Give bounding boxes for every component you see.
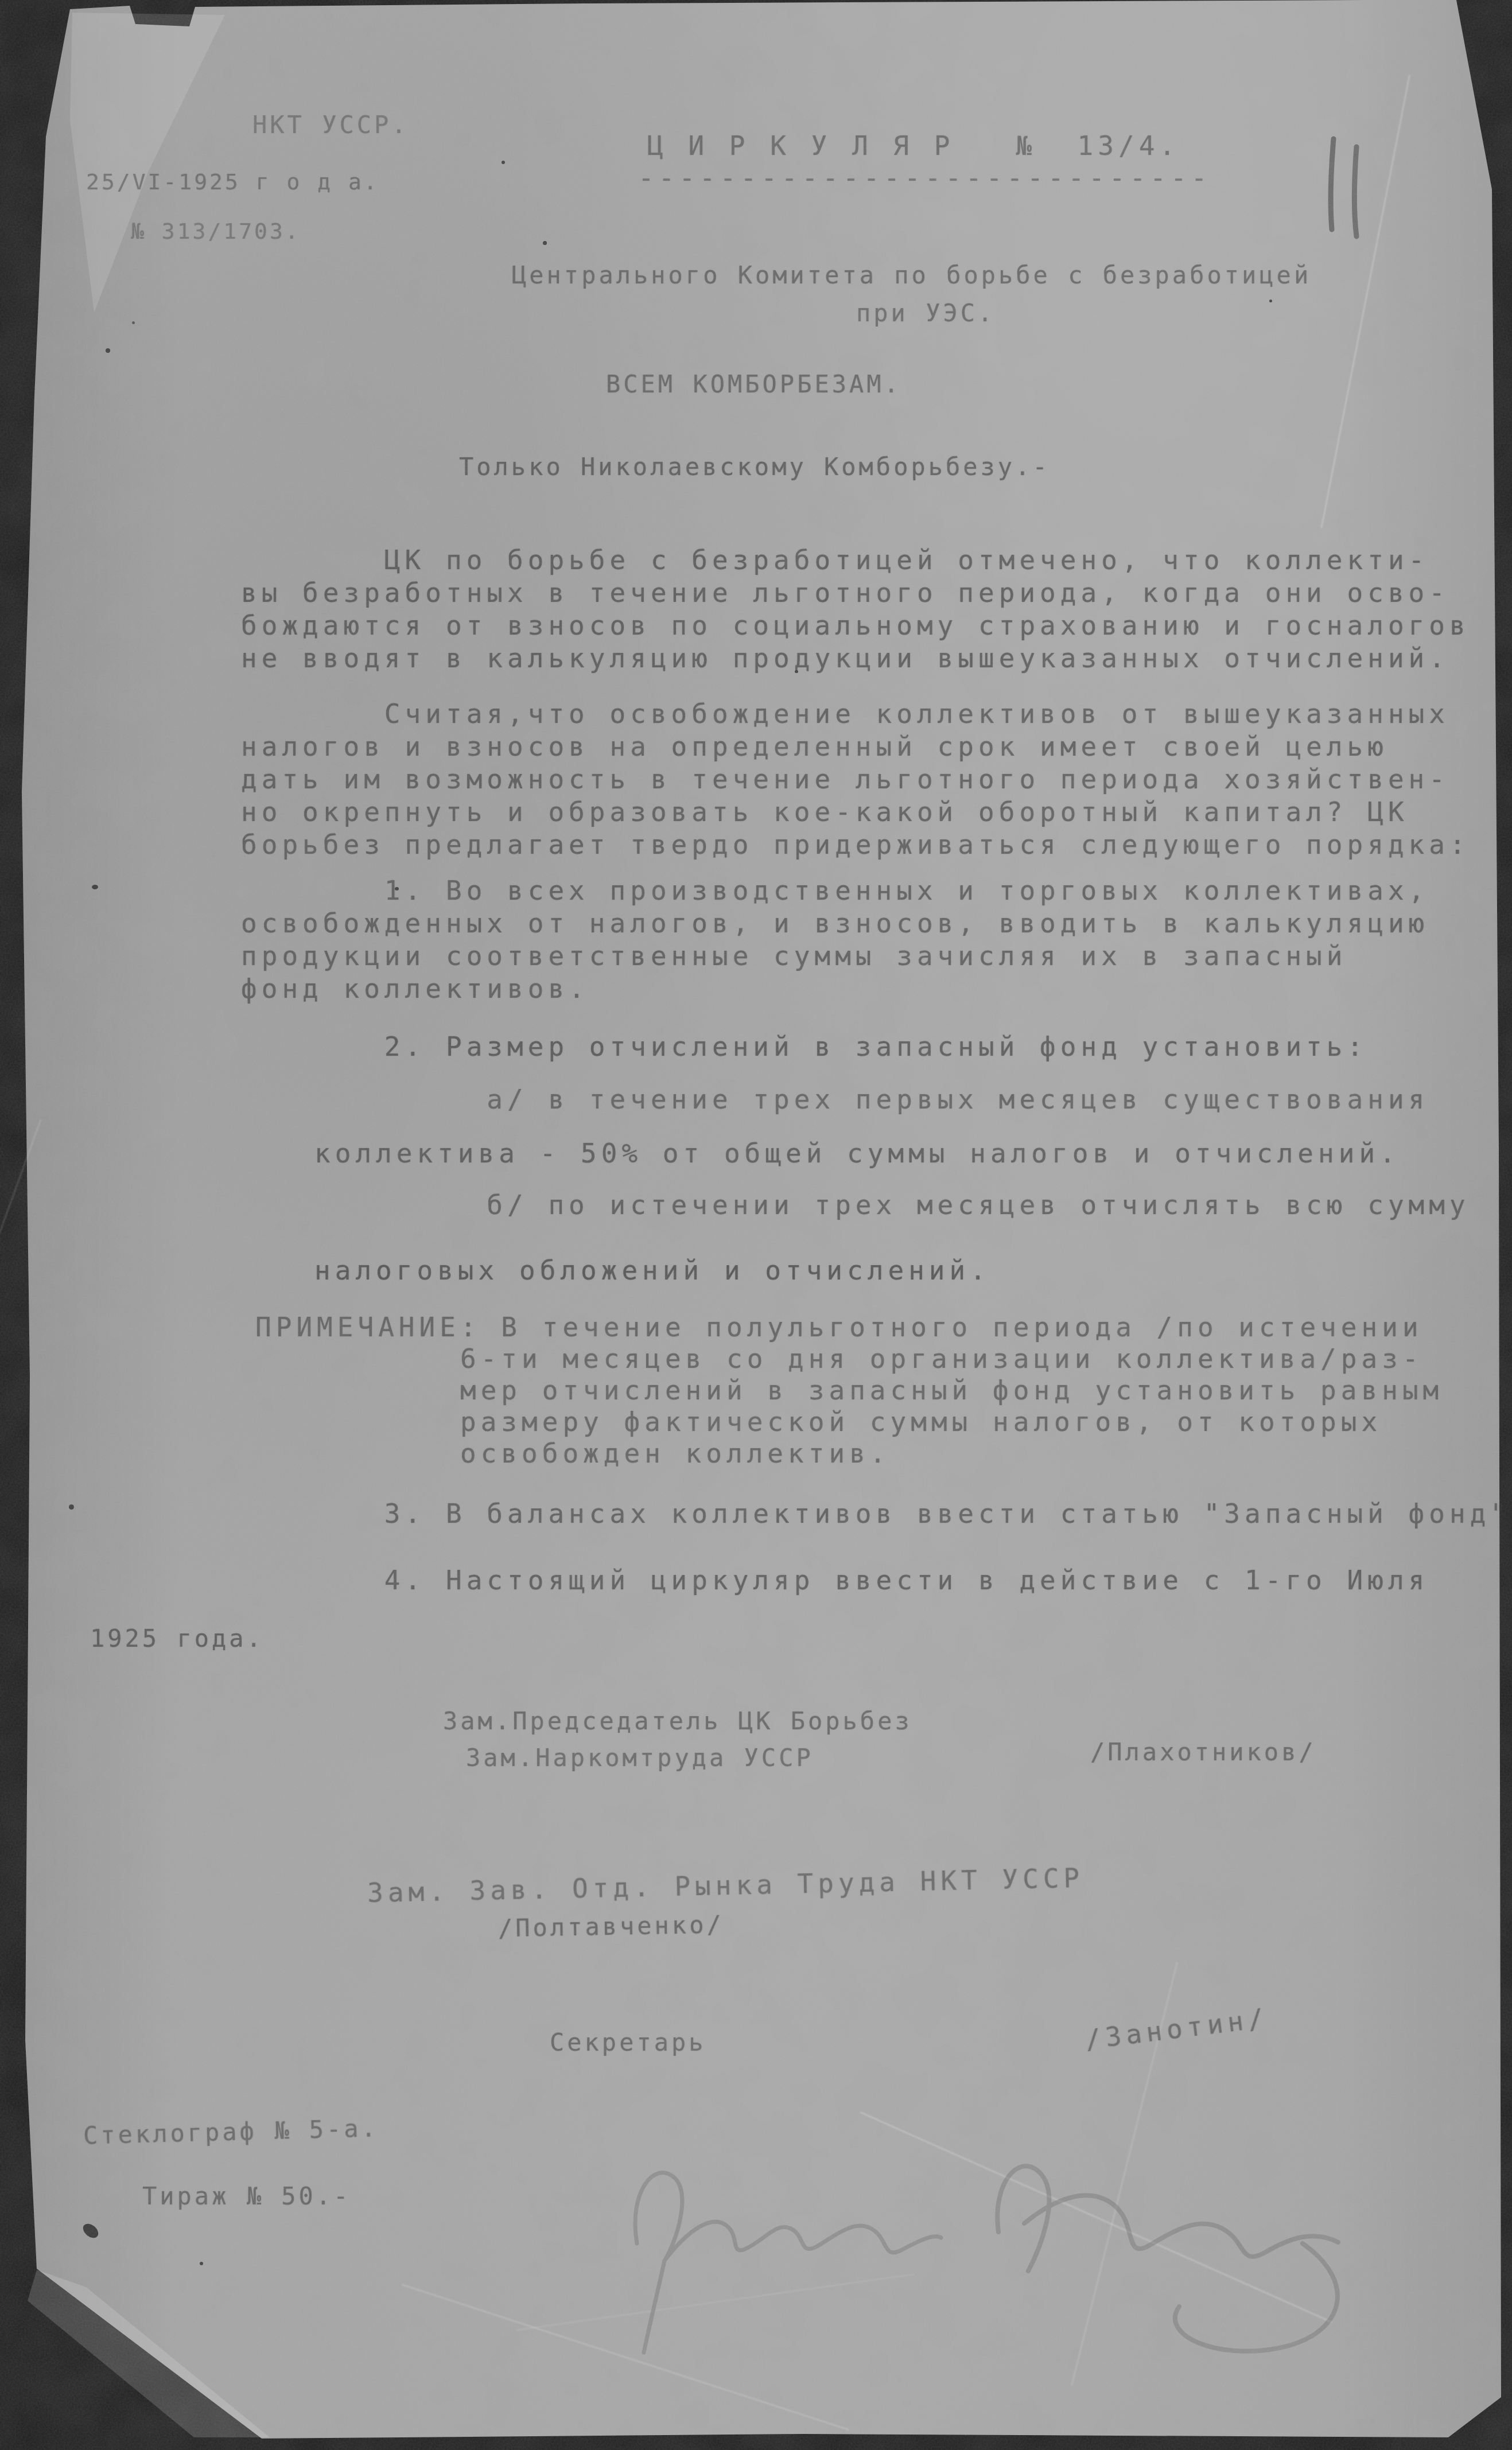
signature-chairman-line1: Зам.Председатель ЦК Борьбез — [443, 1705, 912, 1737]
item-b-line1: б/ по истечении трех месяцев отчислять в… — [241, 1189, 1470, 1222]
imprint-copies: Тираж № 50.- — [142, 2180, 351, 2212]
item-a-line1: а/ в течение трех первых месяцев существ… — [241, 1083, 1429, 1116]
paper-speck — [200, 2262, 203, 2265]
addressee-only: Только Николаевскому Комборьбезу.- — [459, 451, 1050, 483]
point-3: 3. В балансах коллективов ввести статью … — [241, 1498, 1512, 1530]
paper-speck — [502, 161, 505, 164]
paper-speck — [92, 885, 98, 889]
title-underline: ---------------------------- — [638, 162, 1211, 195]
item-b-line2: налоговых обложений и отчислений. — [314, 1254, 990, 1287]
effective-year: 1925 года. — [90, 1623, 264, 1654]
subtitle-committee: Центрального Комитета по борьбе с безраб… — [512, 259, 1311, 291]
paper-speck — [34, 142, 37, 145]
stamp-date: 25/VI-1925 г о д а. — [86, 168, 379, 196]
paragraph-2: Считая,что освобождение коллективов от в… — [241, 698, 1470, 861]
stamp-number: № 313/1703. — [131, 217, 301, 246]
signature-chairman-line2: Зам.Наркомтруда УССР — [466, 1742, 814, 1774]
paragraph-1: ЦК по борьбе с безработицей отмечено, чт… — [241, 544, 1470, 675]
paper-sheet — [0, 0, 1512, 2450]
point-2: 2. Размер отчислений в запасный фонд уст… — [241, 1030, 1367, 1063]
paper-speck — [543, 241, 547, 245]
document-scan: НКТ УССР. 25/VI-1925 г о д а. № 313/1703… — [0, 0, 1512, 2450]
point-1: 1. Во всех производственных и торговых к… — [241, 874, 1429, 1005]
paper-speck — [1269, 300, 1272, 302]
note-block: ПРИМЕЧАНИЕ: В течение полульготного пери… — [255, 1312, 1443, 1469]
subtitle-authority: при УЭС. — [856, 297, 995, 329]
paper-speck — [132, 321, 135, 324]
circular-title: Ц И Р К У Л Я Р № 13/4. — [647, 130, 1180, 162]
signature-labor-dept-name: /Полтавченко/ — [498, 1909, 725, 1945]
stamp-org: НКТ УССР. — [252, 109, 409, 141]
item-a-line2: коллектива - 50% от общей суммы налогов … — [314, 1137, 1400, 1170]
point-4: 4. Настоящий циркуляр ввести в действие … — [241, 1564, 1429, 1597]
paper-speck — [106, 348, 110, 353]
addressee-all: ВСЕМ КОМБОРБЕЗАМ. — [606, 368, 901, 400]
signature-secretary-label: Секретарь — [550, 2027, 706, 2058]
signature-chairman-name: /Плахотников/ — [1090, 1736, 1316, 1768]
paper-speck — [69, 1504, 74, 1510]
